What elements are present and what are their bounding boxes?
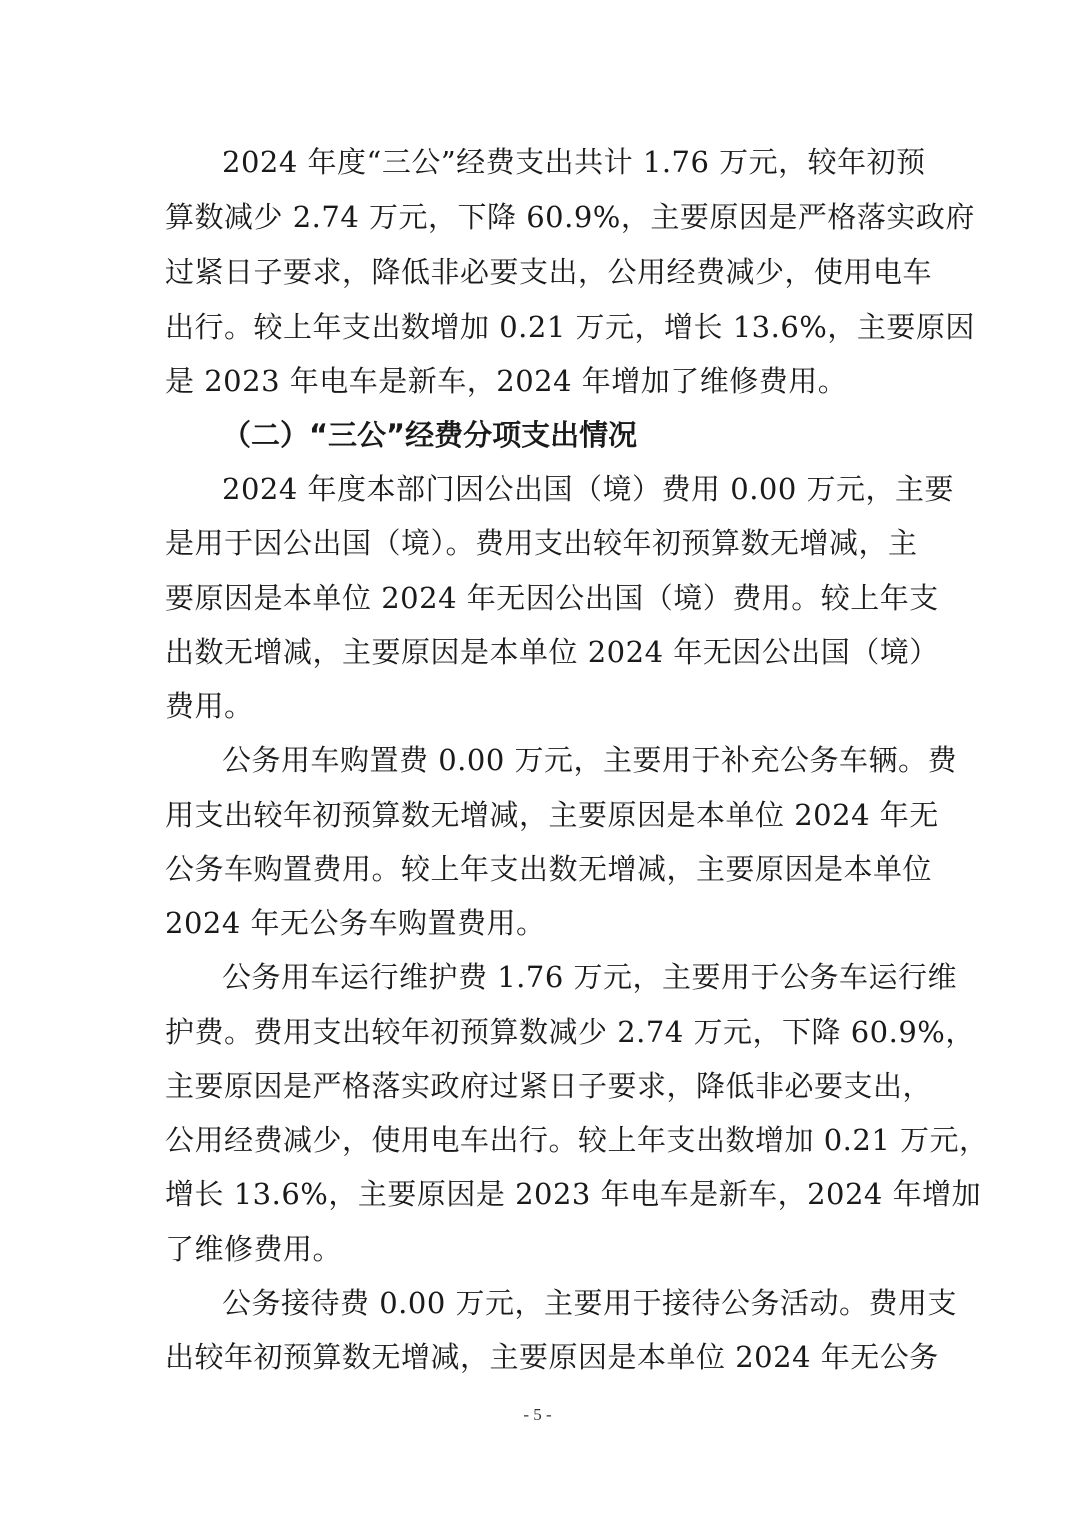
- summary-line-5: 是 2023 年电车是新车，2024 年增加了维修费用。: [165, 361, 913, 401]
- vehicle-purchase-line-2: 用支出较年初预算数无增减，主要原因是本单位 2024 年无: [165, 795, 913, 835]
- overseas-line-4: 出数无增减，主要原因是本单位 2024 年无因公出国（境）: [165, 632, 913, 672]
- summary-line-3: 过紧日子要求，降低非必要支出，公用经费减少，使用电车: [165, 252, 913, 292]
- page-number: - 5 -: [0, 1405, 1075, 1425]
- overseas-line-5: 费用。: [165, 686, 913, 726]
- document-page: 2024 年度“三公”经费支出共计 1.76 万元，较年初预 算数减少 2.74…: [0, 0, 1075, 1520]
- vehicle-purchase-line-4: 2024 年无公务车购置费用。: [165, 903, 913, 943]
- summary-line-4: 出行。较上年支出数增加 0.21 万元，增长 13.6%，主要原因: [165, 307, 913, 347]
- overseas-line-1: 2024 年度本部门因公出国（境）费用 0.00 万元，主要: [222, 469, 913, 509]
- vehicle-purchase-line-1: 公务用车购置费 0.00 万元，主要用于补充公务车辆。费: [222, 740, 913, 780]
- section-heading: （二）“三公”经费分项支出情况: [222, 415, 637, 455]
- vehicle-maintenance-line-4: 公用经费减少，使用电车出行。较上年支出数增加 0.21 万元，: [165, 1120, 913, 1160]
- reception-line-1: 公务接待费 0.00 万元，主要用于接待公务活动。费用支: [222, 1283, 913, 1323]
- overseas-line-2: 是用于因公出国（境）。费用支出较年初预算数无增减，主: [165, 523, 913, 563]
- summary-line-1: 2024 年度“三公”经费支出共计 1.76 万元，较年初预: [222, 142, 913, 182]
- vehicle-purchase-line-3: 公务车购置费用。较上年支出数无增减，主要原因是本单位: [165, 849, 913, 889]
- overseas-line-3: 要原因是本单位 2024 年无因公出国（境）费用。较上年支: [165, 578, 913, 618]
- summary-line-2: 算数减少 2.74 万元，下降 60.9%，主要原因是严格落实政府: [165, 197, 913, 237]
- vehicle-maintenance-line-2: 护费。费用支出较年初预算数减少 2.74 万元，下降 60.9%，: [165, 1012, 913, 1052]
- reception-line-2: 出较年初预算数无增减，主要原因是本单位 2024 年无公务: [165, 1337, 913, 1377]
- vehicle-maintenance-line-6: 了维修费用。: [165, 1229, 913, 1269]
- vehicle-maintenance-line-3: 主要原因是严格落实政府过紧日子要求，降低非必要支出，: [165, 1066, 913, 1106]
- vehicle-maintenance-line-5: 增长 13.6%，主要原因是 2023 年电车是新车，2024 年增加: [165, 1174, 913, 1214]
- vehicle-maintenance-line-1: 公务用车运行维护费 1.76 万元，主要用于公务车运行维: [222, 957, 913, 997]
